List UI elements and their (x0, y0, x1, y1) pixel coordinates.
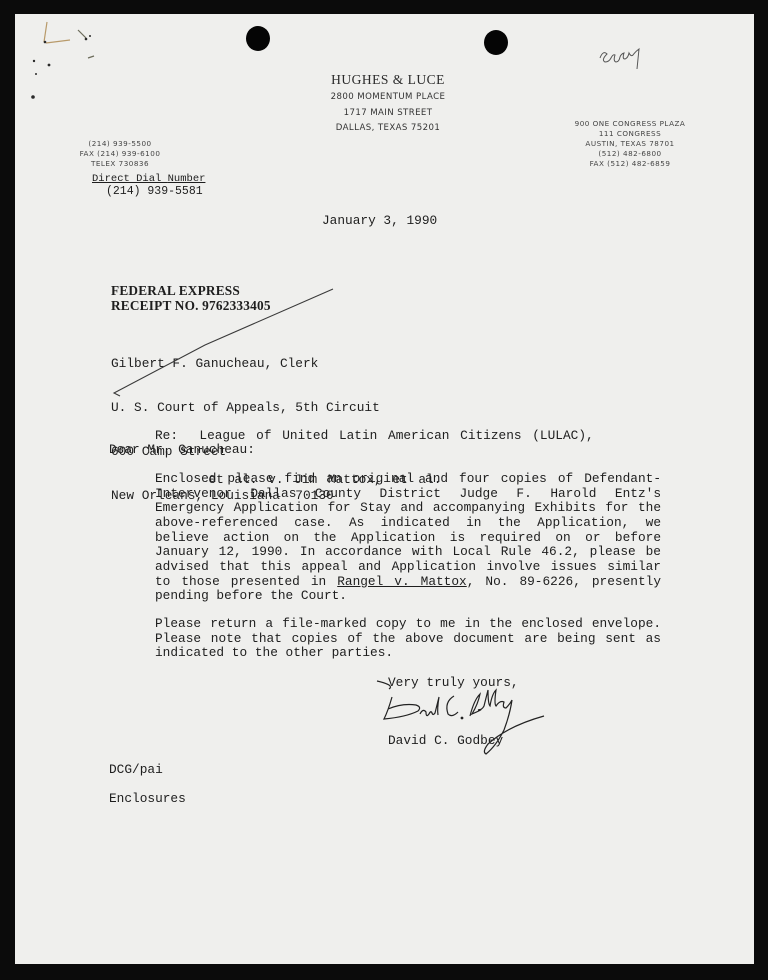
body-paragraph-2: Please return a file-marked copy to me i… (109, 617, 661, 661)
direct-dial-number: (214) 939-5581 (106, 185, 203, 200)
reference-initials: DCG/pai (109, 763, 163, 778)
firm-name: HUGHES & LUCE (268, 72, 508, 88)
austin-address-3: AUSTIN, TEXAS 78701 (548, 139, 712, 149)
firm-address-line-3: DALLAS, TEXAS 75201 (268, 123, 508, 133)
direct-dial-label-part2: Number (168, 173, 206, 185)
closing: Very truly yours, (388, 676, 519, 691)
paragraph-2-text: Please return a file-marked copy to me i… (109, 617, 661, 661)
austin-address-1: 900 ONE CONGRESS PLAZA (548, 119, 712, 129)
recipient-line-1: Gilbert F. Ganucheau, Clerk (111, 357, 380, 372)
dallas-contact: (214) 939-5500 FAX (214) 939-6100 TELEX … (65, 139, 175, 169)
receipt-number: RECEIPT NO. 9762333405 (111, 299, 271, 314)
case-citation: Rangel v. Mattox (337, 574, 467, 589)
salutation: Dear Mr. Ganucheau: (109, 443, 255, 458)
delivery-method: FEDERAL EXPRESS (111, 284, 240, 299)
punch-hole-left (246, 26, 270, 51)
austin-fax: FAX (512) 482-6859 (548, 159, 712, 169)
signer-name: David C. Godbey (388, 734, 503, 749)
austin-address-2: 111 CONGRESS (548, 129, 712, 139)
dallas-phone: (214) 939-5500 (65, 139, 175, 149)
austin-office: 900 ONE CONGRESS PLAZA 111 CONGRESS AUST… (548, 119, 712, 169)
firm-address-line-2: 1717 MAIN STREET (268, 108, 508, 118)
dallas-fax: FAX (214) 939-6100 (65, 149, 175, 159)
paragraph-1-text: Enclosed please find an original and fou… (155, 471, 661, 589)
body-paragraph-1: Enclosed please find an original and fou… (109, 472, 661, 604)
dallas-telex: TELEX 730836 (65, 159, 175, 169)
austin-phone: (512) 482-6800 (548, 149, 712, 159)
enclosures-notation: Enclosures (109, 792, 186, 807)
direct-dial-label-part1: Direct Dial (92, 173, 168, 185)
punch-hole-right (484, 30, 508, 55)
letter-date: January 3, 1990 (322, 214, 437, 229)
firm-address-line-1: 2800 MOMENTUM PLACE (268, 92, 508, 102)
